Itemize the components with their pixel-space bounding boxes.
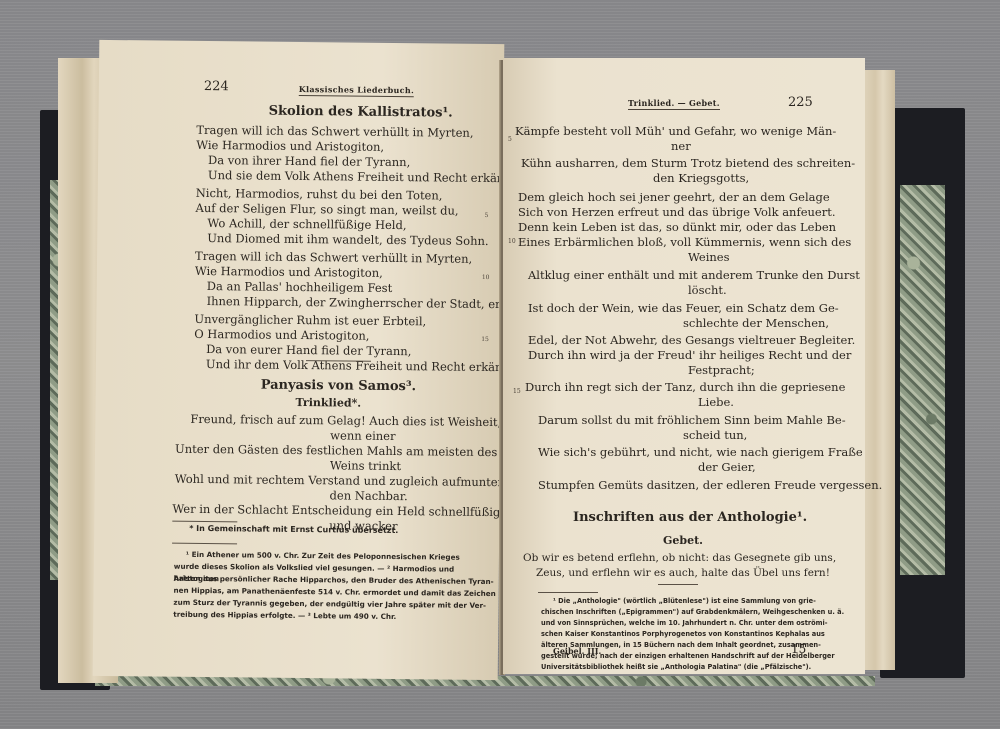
line-number: 5 [508,136,512,143]
line-number: 15 [513,388,521,395]
verse-line: Und sie dem Volk Athens Freiheit und Rec… [208,168,532,185]
verse-line: Wo Achill, der schnellfüßige Held, [207,216,406,232]
verse-line: Wie Harmodios und Aristogiton, [196,138,384,154]
verse-line: Darum sollst du mit fröhlichem Sinn beim… [538,413,846,427]
poem-subtitle: Trinklied*. [295,396,361,410]
verse-line: Kämpfe besteht voll Müh' und Gefahr, wo … [515,124,836,138]
verse-line: Da von eurer Hand fiel der Tyrann, [206,342,411,358]
poem-title: Skolion des Kallistratos¹. [269,104,453,121]
verse-line: Ist doch der Wein, wie das Feuer, ein Sc… [528,301,839,315]
verse-line: Stumpfen Gemüts dasitzen, der edleren Fr… [538,478,882,492]
verse-line: Zeus, und erflehn wir es auch, halte das… [536,567,830,579]
running-head: Klassisches Liederbuch. [299,84,414,97]
verse-line: Dem gleich hoch sei jener geehrt, der an… [518,190,830,204]
verse-line: Durch ihn wird ja der Freud' ihr heilige… [528,348,851,362]
verse-line: Eines Erbärmlichen bloß, voll Kümmernis,… [518,235,851,249]
left-page: 224 Klassisches Liederbuch. Skolion des … [93,40,505,680]
line-number: 10 [508,238,516,245]
footnote-line: treibung des Hippias erfolgte. — ³ Lebte… [173,609,396,623]
verse-line: Wie Harmodios und Aristogiton, [195,264,383,280]
verse-line: Und Diomed mit ihm wandelt, des Tydeus S… [207,231,488,248]
line-number: 10 [482,274,490,281]
verse-line: Unter den Gästen des festlichen Mahls am… [175,442,497,459]
verse-line: Festpracht; [688,363,755,377]
verse-line: löscht. [688,283,727,297]
verse-line: Kühn ausharren, dem Sturm Trotz bietend … [521,156,855,170]
verse-line: Altklug einer enthält und mit anderem Tr… [528,268,860,282]
verse-line: Weines [688,250,729,264]
footnote-divider [172,543,237,545]
verse-line: Tragen will ich das Schwert verhüllt in … [196,123,473,140]
page-number: 224 [204,79,229,94]
poem-title: Panyasis von Samos³. [261,378,417,395]
section-subtitle: Gebet. [663,534,703,547]
footnote-divider [538,592,598,593]
line-number: 15 [481,336,489,343]
marbled-endpaper-right [900,185,945,575]
section-divider [658,584,698,585]
verse-line: Ihnen Hipparch, der Zwingherrscher der S… [207,294,523,311]
footnote-line: ¹ Die „Anthologie" (wörtlich „Blütenlese… [553,596,816,608]
verse-line: den Kriegsgotts, [653,171,749,185]
verse-line: schlechte der Menschen, [683,316,829,330]
translation-note: * In Gemeinschaft mit Ernst Curtius über… [189,523,398,537]
verse-line: Da an Pallas' hochheiligem Fest [207,279,393,295]
verse-line: Da von ihrer Hand fiel der Tyrann, [208,153,410,169]
verse-line: Weins trinkt [330,458,401,473]
verse-line: Freund, frisch auf zum Gelag! Auch dies … [190,412,501,429]
footnote-line: chischen Inschriften („Epigrammen") auf … [541,607,844,619]
verse-line: Und ihr dem Volk Athens Freiheit und Rec… [206,357,526,374]
verse-line: Durch ihn regt sich der Tanz, durch ihn … [525,380,845,394]
sheet-number: 15 [791,642,806,656]
verse-line: wenn einer [330,428,395,443]
verse-line: scheid tun, [683,428,747,442]
verse-line: der Geier, [698,460,756,474]
verse-line: Denn kein Leben ist das, so dünkt mir, o… [518,220,836,234]
right-page: Trinklied. — Gebet. 225 5 Kämpfe besteht… [503,58,865,674]
line-number: 5 [484,212,488,219]
verse-line: Tragen will ich das Schwert verhüllt in … [195,249,472,266]
verse-line: Sich von Herzen erfreut und das übrige V… [518,205,836,219]
verse-line: Ob wir es betend erflehn, ob nicht: das … [523,552,836,564]
verse-line: Auf der Seligen Flur, so singt man, weil… [196,201,459,218]
verse-line: Wohl und mit rechtem Verstand und zuglei… [175,472,508,489]
page-number: 225 [788,95,813,110]
footnote-line: Universitätsbibliothek heißt sie „Anthol… [541,662,811,674]
running-head: Trinklied. — Gebet. [628,98,720,110]
verse-line: Wer in der Schlacht Entscheidung ein Hel… [172,502,500,519]
verse-line: Unvergänglicher Ruhm ist euer Erbteil, [194,312,426,328]
verse-line: Wie sich's gebührt, und nicht, wie nach … [538,445,863,459]
verse-line: Edel, der Not Abwehr, des Gesangs vieltr… [528,333,855,347]
verse-line: O Harmodios und Aristogiton, [194,327,369,343]
printer-signature: Geibel. III. [553,646,601,656]
section-title: Inschriften aus der Anthologie¹. [573,510,807,525]
verse-line: ner [671,139,691,153]
verse-line: den Nachbar. [330,488,408,503]
footnote-line: schen Kaiser Konstantinos Porphyrogeneto… [541,629,825,641]
footnote-line: und von Sinnsprüchen, welche im 10. Jahr… [541,618,828,630]
verse-line: Liebe. [698,395,734,409]
verse-line: Nicht, Harmodios, ruhst du bei den Toten… [196,186,443,203]
